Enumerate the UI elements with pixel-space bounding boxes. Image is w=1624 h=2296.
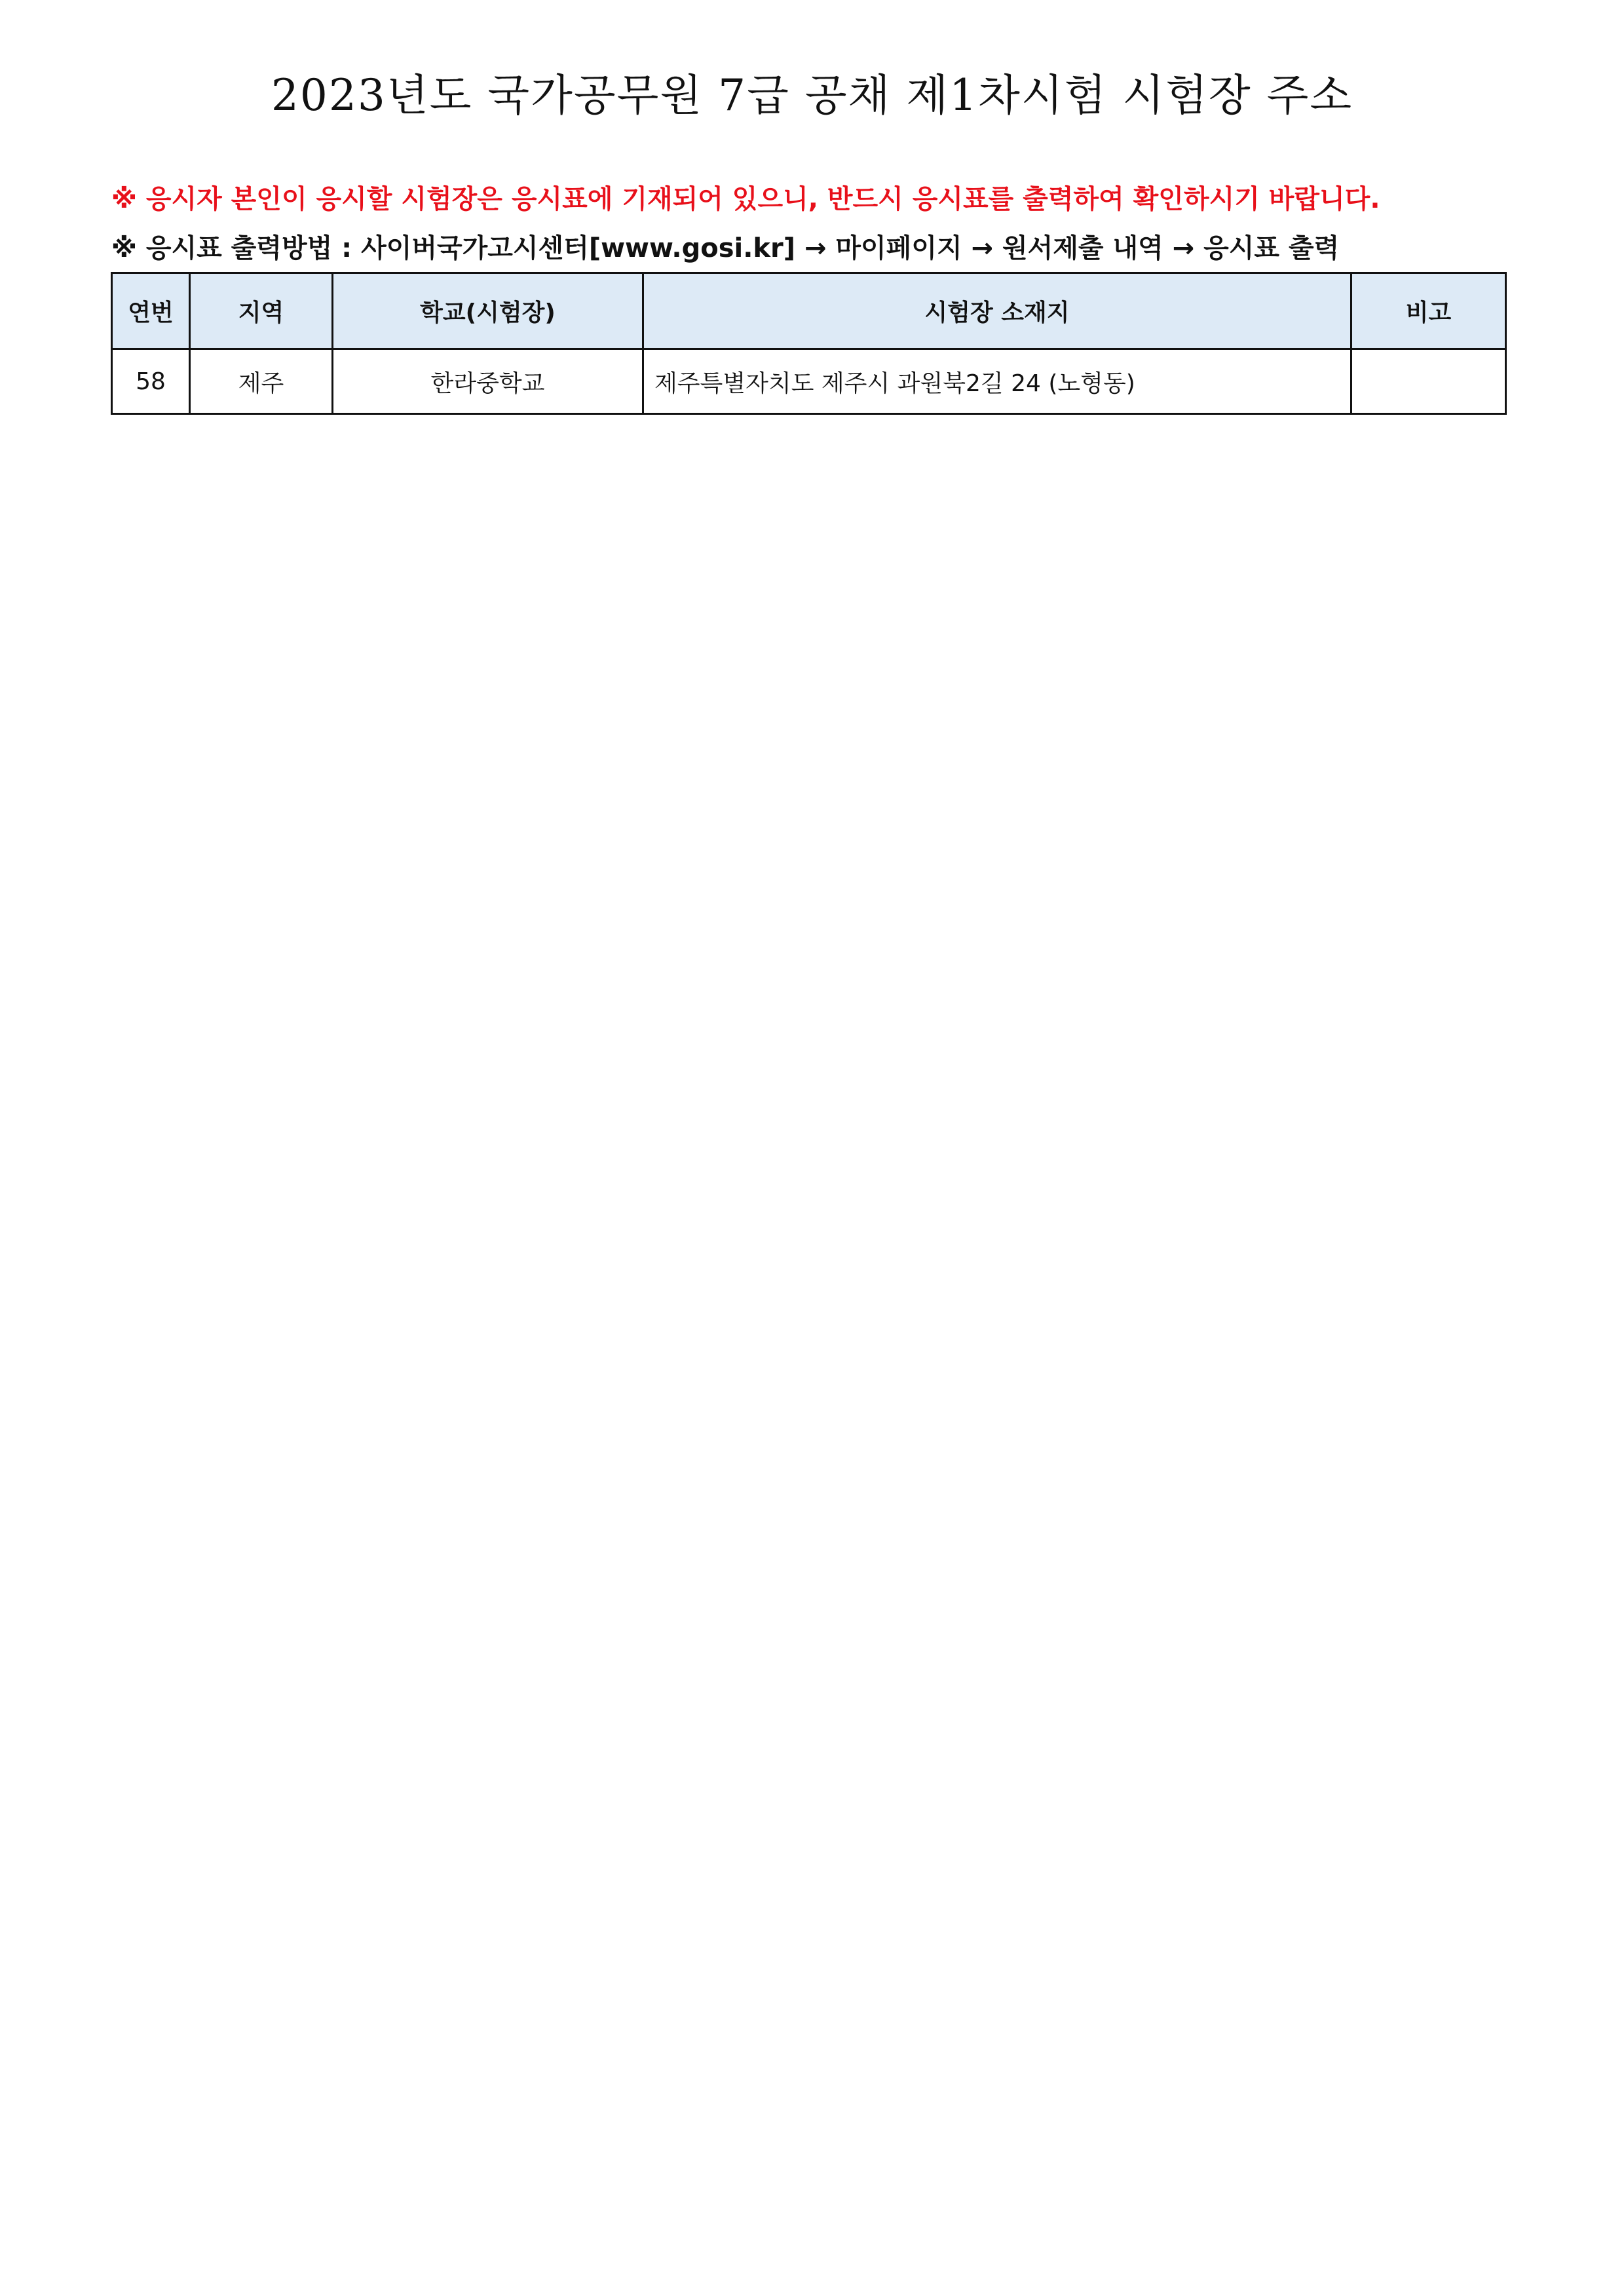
cell-school: 한라중학교 xyxy=(333,349,643,414)
header-region: 지역 xyxy=(190,273,333,349)
print-howto-notice: ※ 응시표 출력방법 : 사이버국가고시센터[www.gosi.kr] → 마이… xyxy=(111,227,1339,265)
cell-note xyxy=(1351,349,1506,414)
header-address: 시험장 소재지 xyxy=(643,273,1351,349)
warning-notice: ※ 응시자 본인이 응시할 시험장은 응시표에 기재되어 있으니, 반드시 응시… xyxy=(111,178,1380,216)
header-no: 연번 xyxy=(112,273,190,349)
cell-no: 58 xyxy=(112,349,190,414)
cell-address: 제주특별자치도 제주시 과원북2길 24 (노형동) xyxy=(643,349,1351,414)
header-school: 학교(시험장) xyxy=(333,273,643,349)
table-header-row: 연번 지역 학교(시험장) 시험장 소재지 비고 xyxy=(112,273,1506,349)
header-note: 비고 xyxy=(1351,273,1506,349)
exam-site-table: 연번 지역 학교(시험장) 시험장 소재지 비고 58 제주 한라중학교 제주특… xyxy=(111,272,1507,415)
cell-region: 제주 xyxy=(190,349,333,414)
table-row: 58 제주 한라중학교 제주특별자치도 제주시 과원북2길 24 (노형동) xyxy=(112,349,1506,414)
page-title: 2023년도 국가공무원 7급 공채 제1차시험 시험장 주소 xyxy=(0,60,1624,123)
